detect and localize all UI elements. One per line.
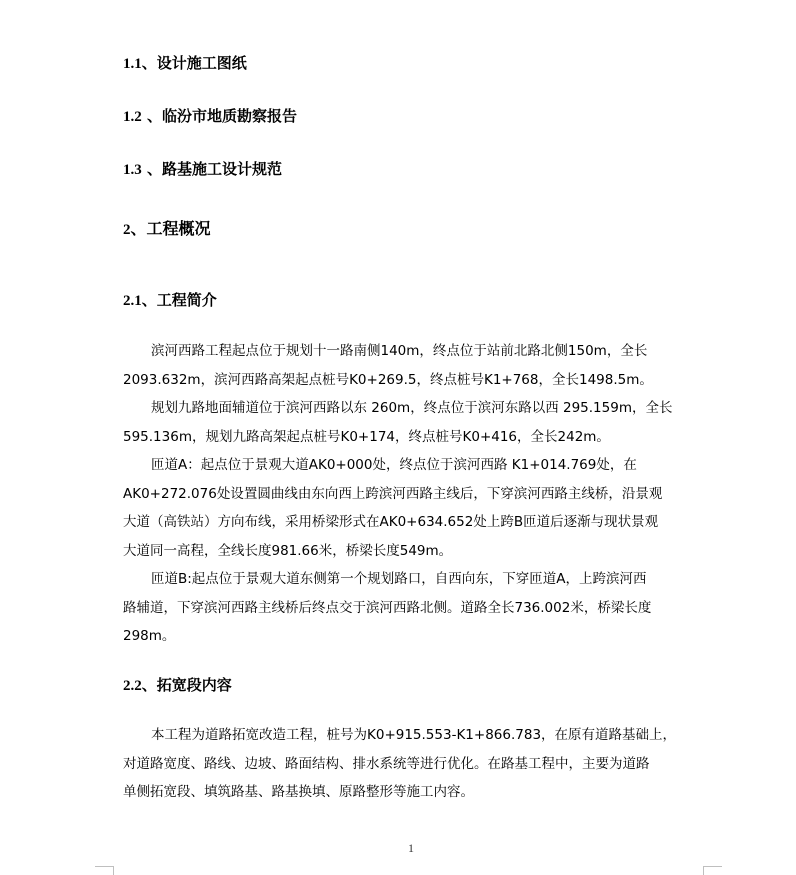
- heading-2-2: 2.2、拓宽段内容: [123, 674, 232, 695]
- page-number: 1: [408, 841, 414, 856]
- heading-1-3: 1.3 、路基施工设计规范: [123, 158, 282, 179]
- paragraph-2-1-p2: 规划九路地面辅道位于滨河西路以东 260m，终点位于滨河东路以西 295.159…: [123, 394, 698, 451]
- heading-2: 2、工程概况: [123, 216, 211, 239]
- heading-1-1: 1.1、设计施工图纸: [123, 52, 247, 73]
- margin-corner-mark-right: [703, 866, 722, 875]
- heading-2-1: 2.1、工程简介: [123, 289, 217, 310]
- paragraph-2-1-p1: 滨河西路工程起点位于规划十一路南侧140m，终点位于站前北路北侧150m，全长 …: [123, 337, 698, 394]
- heading-1-2: 1.2 、临汾市地质勘察报告: [123, 105, 297, 126]
- paragraph-2-1-p4: 匝道B:起点位于景观大道东侧第一个规划路口，自西向东，下穿匝道A，上跨滨河西 路…: [123, 565, 698, 651]
- document-page: 1.1、设计施工图纸 1.2 、临汾市地质勘察报告 1.3 、路基施工设计规范 …: [0, 0, 796, 875]
- margin-corner-mark-left: [95, 866, 114, 875]
- paragraph-2-1-p3: 匝道A：起点位于景观大道AK0+000处，终点位于滨河西路 K1+014.769…: [123, 451, 698, 565]
- paragraph-2-2-p1: 本工程为道路拓宽改造工程，桩号为K0+915.553-K1+866.783，在原…: [123, 721, 698, 807]
